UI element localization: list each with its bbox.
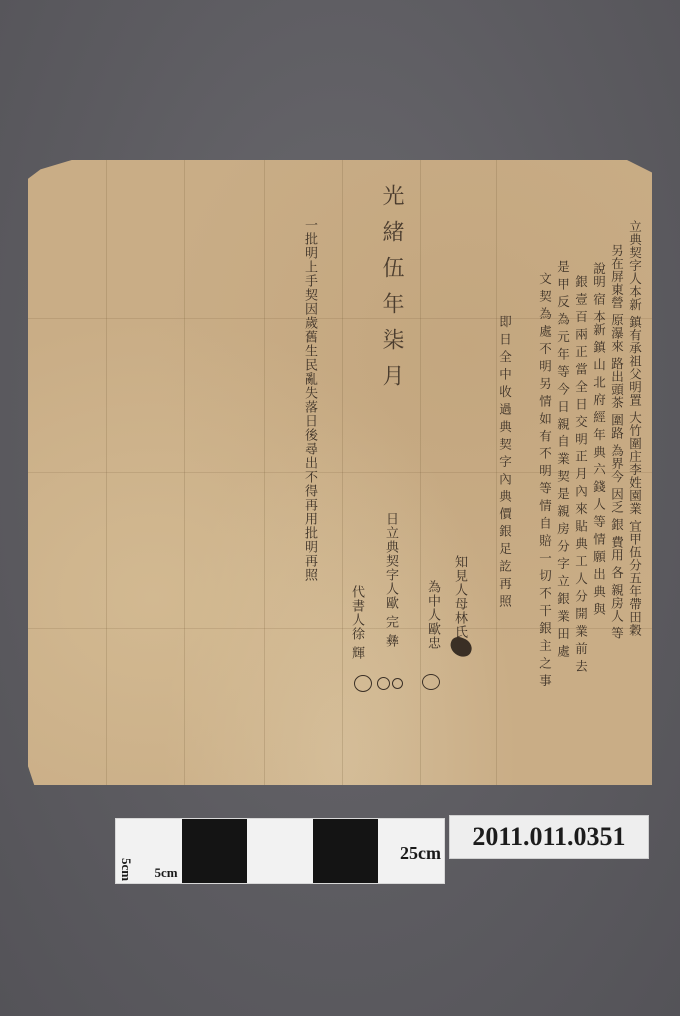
middleman-role: 為中人 — [425, 580, 440, 622]
scale-label-25cm: 25cm — [400, 843, 441, 864]
middleman-signature: 為中人歐忠 — [426, 580, 439, 650]
witness-signature: 知見人母林氏 — [453, 555, 466, 639]
scale-segment-white: 25cm — [378, 819, 444, 883]
body-column: 即 日 全 中 收 過 典 契 字 內 典 價 銀 足 訖 再 照 — [498, 315, 511, 608]
witness-name: 母林氏 — [452, 597, 467, 639]
round-seal-icon — [422, 674, 440, 690]
scale-segment-white: 5cm 5cm — [116, 819, 182, 883]
thumbprint-seal-icon — [448, 635, 475, 659]
body-column: 文 契 為 處 不 明 另 情 如 有 不 明 等 情 自 賠 一 切 不 干 … — [538, 272, 551, 687]
scribe-name: 徐 輝 — [349, 627, 364, 660]
round-seal-icon — [392, 678, 403, 689]
body-column: 銀 壹 百 兩 正 當 全 日 交 明 正 月 內 來 貼 典 工 人 分 開 … — [574, 275, 587, 672]
scale-label-5cm: 5cm — [154, 865, 177, 881]
body-column: 立典契字人本新 鎮有承祖父明置 大竹圍庄李姓園業 宜甲伍分五年帶田穀 — [628, 220, 641, 636]
body-column: 另在屏東營 原瀑來 路出頭茶 圍路 為界今 因乏 銀 費用 各 親房人 等 — [610, 244, 623, 640]
round-seal-icon — [354, 675, 372, 692]
date-line: 光緒伍年柒月 — [380, 184, 402, 400]
middleman-name: 歐忠 — [425, 622, 440, 650]
catalog-number-label: 2011.011.0351 — [449, 815, 649, 859]
scale-segment-black — [313, 819, 379, 883]
scale-bar: 5cm 5cm 25cm — [115, 818, 445, 884]
round-seal-icon — [377, 677, 390, 690]
body-column: 是 甲 反 為 元 年 等 今 日 親 自 業 契 是 親 房 分 字 立 銀 … — [556, 260, 569, 657]
scribe-signature: 代書人徐 輝 — [350, 585, 363, 660]
scale-segment-white — [247, 819, 313, 883]
scale-label-vertical: 5cm — [118, 858, 134, 881]
side-note: 一批明上手契因歲舊生民亂失落日後尋出不得再用批明再照 — [303, 218, 316, 582]
body-column: 說明 宿 本新 鎮 山 北 府 經 年 典 六 錢 人 等 情 願 出 典 與 — [592, 262, 605, 616]
grantor-name: 歐 完 彝 — [383, 596, 398, 648]
grantor-role: 日立典契字人 — [383, 512, 398, 596]
grantor-signature: 日立典契字人歐 完 彝 — [384, 512, 397, 648]
scribe-role: 代書人 — [349, 585, 364, 627]
historical-deed-document: 光緒伍年柒月 一批明上手契因歲舊生民亂失落日後尋出不得再用批明再照 立典契字人本… — [28, 160, 652, 785]
scale-segment-black — [182, 819, 248, 883]
witness-role: 知見人 — [452, 555, 467, 597]
